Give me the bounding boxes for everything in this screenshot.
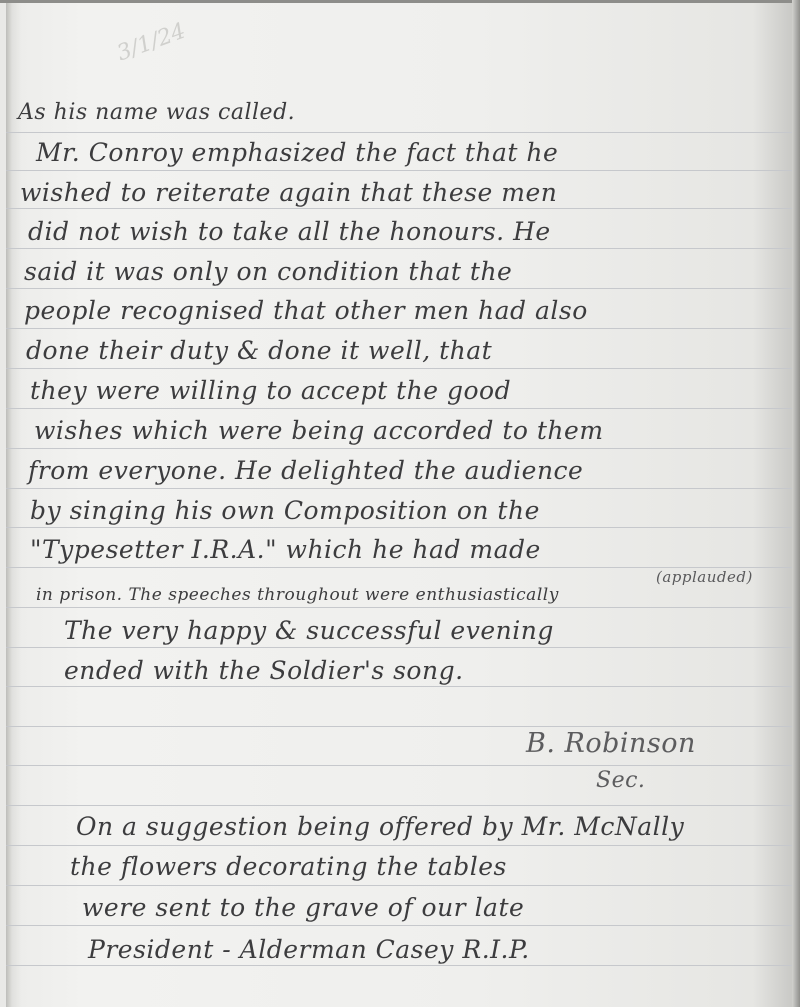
text-line: in prison. The speeches throughout were … [36, 585, 559, 605]
ruled-line [6, 170, 792, 171]
text-line: President - Alderman Casey R.I.P. [88, 935, 530, 964]
ruled-line [6, 368, 792, 369]
text-line: As his name was called. [18, 100, 295, 125]
text-line: the flowers decorating the tables [70, 852, 507, 881]
ruled-line [6, 248, 792, 249]
ruled-line [6, 288, 792, 289]
text-line: were sent to the grave of our late [82, 893, 524, 922]
ruled-line [6, 726, 792, 727]
page-right-edge [792, 0, 800, 1007]
ruled-line [6, 647, 792, 648]
page-top-edge [0, 0, 800, 3]
signature-name: B. Robinson [526, 728, 696, 759]
marginal-note: (applauded) [656, 568, 753, 586]
text-line: wished to reiterate again that these men [20, 178, 557, 207]
text-line: ended with the Soldier's song. [64, 656, 464, 685]
text-line: they were willing to accept the good [30, 376, 511, 405]
page-binding [6, 0, 12, 1007]
text-line: done their duty & done it well, that [26, 336, 492, 365]
bleed-through-mark: 3/1/24 [114, 19, 189, 67]
ruled-line [6, 965, 792, 966]
ruled-line [6, 527, 792, 528]
ruled-line [6, 686, 792, 687]
text-line: wishes which were being accorded to them [34, 416, 604, 445]
ruled-line [6, 805, 792, 806]
ruled-line [6, 765, 792, 766]
text-line: said it was only on condition that the [24, 257, 512, 286]
ruled-line [6, 845, 792, 846]
ruled-line [6, 885, 792, 886]
ruled-line [6, 448, 792, 449]
text-line: "Typesetter I.R.A." which he had made [30, 535, 541, 564]
text-line: On a suggestion being offered by Mr. McN… [76, 812, 684, 841]
text-line: did not wish to take all the honours. He [28, 217, 551, 246]
text-line: The very happy & successful evening [64, 616, 554, 645]
text-line: by singing his own Composition on the [30, 496, 540, 525]
ruled-line [6, 132, 792, 133]
ruled-line [6, 488, 792, 489]
text-line: from everyone. He delighted the audience [28, 456, 583, 485]
text-line: people recognised that other men had als… [24, 296, 588, 325]
notebook-page: 3/1/24 As his name was called. Mr. Conro… [6, 0, 792, 1007]
ruled-line [6, 607, 792, 608]
ruled-line [6, 925, 792, 926]
text-line: Mr. Conroy emphasized the fact that he [36, 138, 558, 167]
signature-title: Sec. [596, 768, 645, 793]
ruled-line [6, 408, 792, 409]
ruled-line [6, 208, 792, 209]
ruled-line [6, 328, 792, 329]
